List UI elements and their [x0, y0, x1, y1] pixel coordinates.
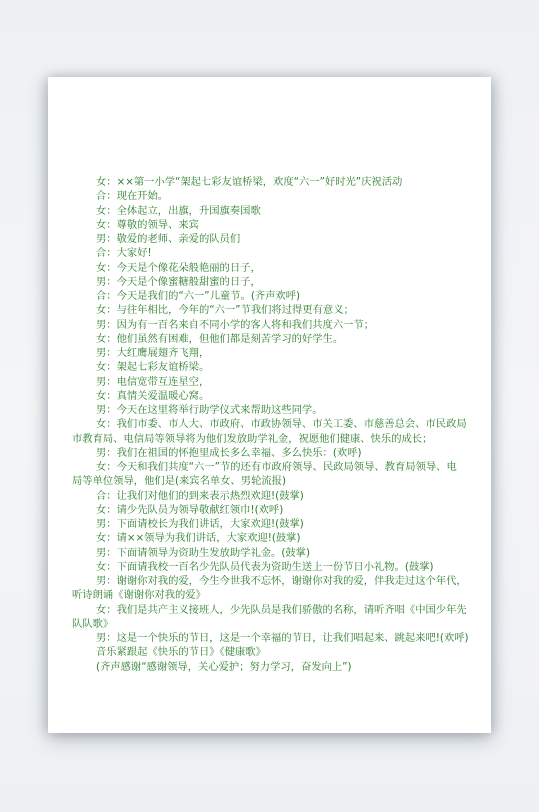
text-line-continuation: 市教育局、电信局等领导将为他们发放助学礼金，祝愿他们健康、快乐的成长； — [72, 432, 491, 446]
text-line: 音乐紧跟起《快乐的节日》《健康歌》 — [72, 645, 491, 659]
text-line-continuation: 听诗朗诵《谢谢你对我的爱》 — [72, 588, 491, 602]
text-line: 男：今天是个像蜜糖般甜蜜的日子， — [72, 275, 491, 289]
text-line: 女：真情关爱温暖心窝。 — [72, 389, 491, 403]
document-page: 女：××第一小学“架起七彩友谊桥梁，欢度“六一”好时光”庆祝活动 合：现在开始。… — [48, 77, 491, 733]
text-line: 男：大红鹰展翅齐飞翔， — [72, 346, 491, 360]
text-line: 女：全体起立，出旗，升国旗奏国歌 — [72, 204, 491, 218]
text-line: 女：他们虽然有困难，但他们都是刻苦学习的好学生。 — [72, 332, 491, 346]
text-line: 女：下面请我校一百名少先队员代表为资助生送上一份节日小礼物。(鼓掌) — [72, 560, 491, 574]
text-line: 合：现在开始。 — [72, 189, 491, 203]
text-line-continuation: 局等单位领导，他们是(来宾名单女、男轮流报) — [72, 474, 491, 488]
text-line: 女：今天和我们共度“六一”节的还有市政府领导、民政局领导、教育局领导、电 — [72, 460, 491, 474]
text-line-continuation: 队队歌》 — [72, 617, 491, 631]
text-line: 男：敬爱的老师、亲爱的队员们 — [72, 232, 491, 246]
text-line: 合：让我们对他们的到来表示热烈欢迎!(鼓掌) — [72, 489, 491, 503]
text-line: 男：今天在这里将举行助学仪式来帮助这些同学。 — [72, 403, 491, 417]
text-line: 男：下面请领导为资助生发放助学礼金。(鼓掌) — [72, 546, 491, 560]
text-line: 女：今天是个像花朵般艳丽的日子， — [72, 261, 491, 275]
text-line: 女：我们是共产主义接班人，少先队员是我们骄傲的名称，请听齐唱《中国少年先 — [72, 603, 491, 617]
text-line: 女：架起七彩友谊桥梁。 — [72, 360, 491, 374]
text-line: 女：尊敬的领导、来宾 — [72, 218, 491, 232]
text-line: 女：××第一小学“架起七彩友谊桥梁，欢度“六一”好时光”庆祝活动 — [72, 175, 491, 189]
text-line: 男：谢谢你对我的爱，今生今世我不忘怀，谢谢你对我的爱，伴我走过这个年代， — [72, 574, 491, 588]
text-line: 女：我们市委、市人大、市政府、市政协领导、市关工委、市慈善总会、市民政局 — [72, 417, 491, 431]
document-body: 女：××第一小学“架起七彩友谊桥梁，欢度“六一”好时光”庆祝活动 合：现在开始。… — [72, 175, 491, 674]
text-line: 男：因为有一百名来自不同小学的客人将和我们共度六一节； — [72, 318, 491, 332]
text-line: 合：大家好! — [72, 246, 491, 260]
text-line: 女：与往年相比，今年的“六一”节我们将过得更有意义； — [72, 303, 491, 317]
text-line: 男：下面请校长为我们讲话，大家欢迎!(鼓掌) — [72, 517, 491, 531]
text-line: 男：电信宽带互连星空， — [72, 375, 491, 389]
text-line: 女：请××领导为我们讲话，大家欢迎!(鼓掌) — [72, 531, 491, 545]
text-line: 合：今天是我们的“六一”儿童节。(齐声欢呼) — [72, 289, 491, 303]
text-line: 男：我们在祖国的怀抱里成长多么幸福、多么快乐：(欢呼) — [72, 446, 491, 460]
text-line: (齐声感谢“感谢领导，关心爱护；努力学习，奋发向上”) — [72, 660, 491, 674]
text-line: 女：请少先队员为领导敬献红领巾!(欢呼) — [72, 503, 491, 517]
text-line: 男：这是一个快乐的节日，这是一个幸福的节日，让我们唱起来、跳起来吧!(欢呼) — [72, 631, 491, 645]
